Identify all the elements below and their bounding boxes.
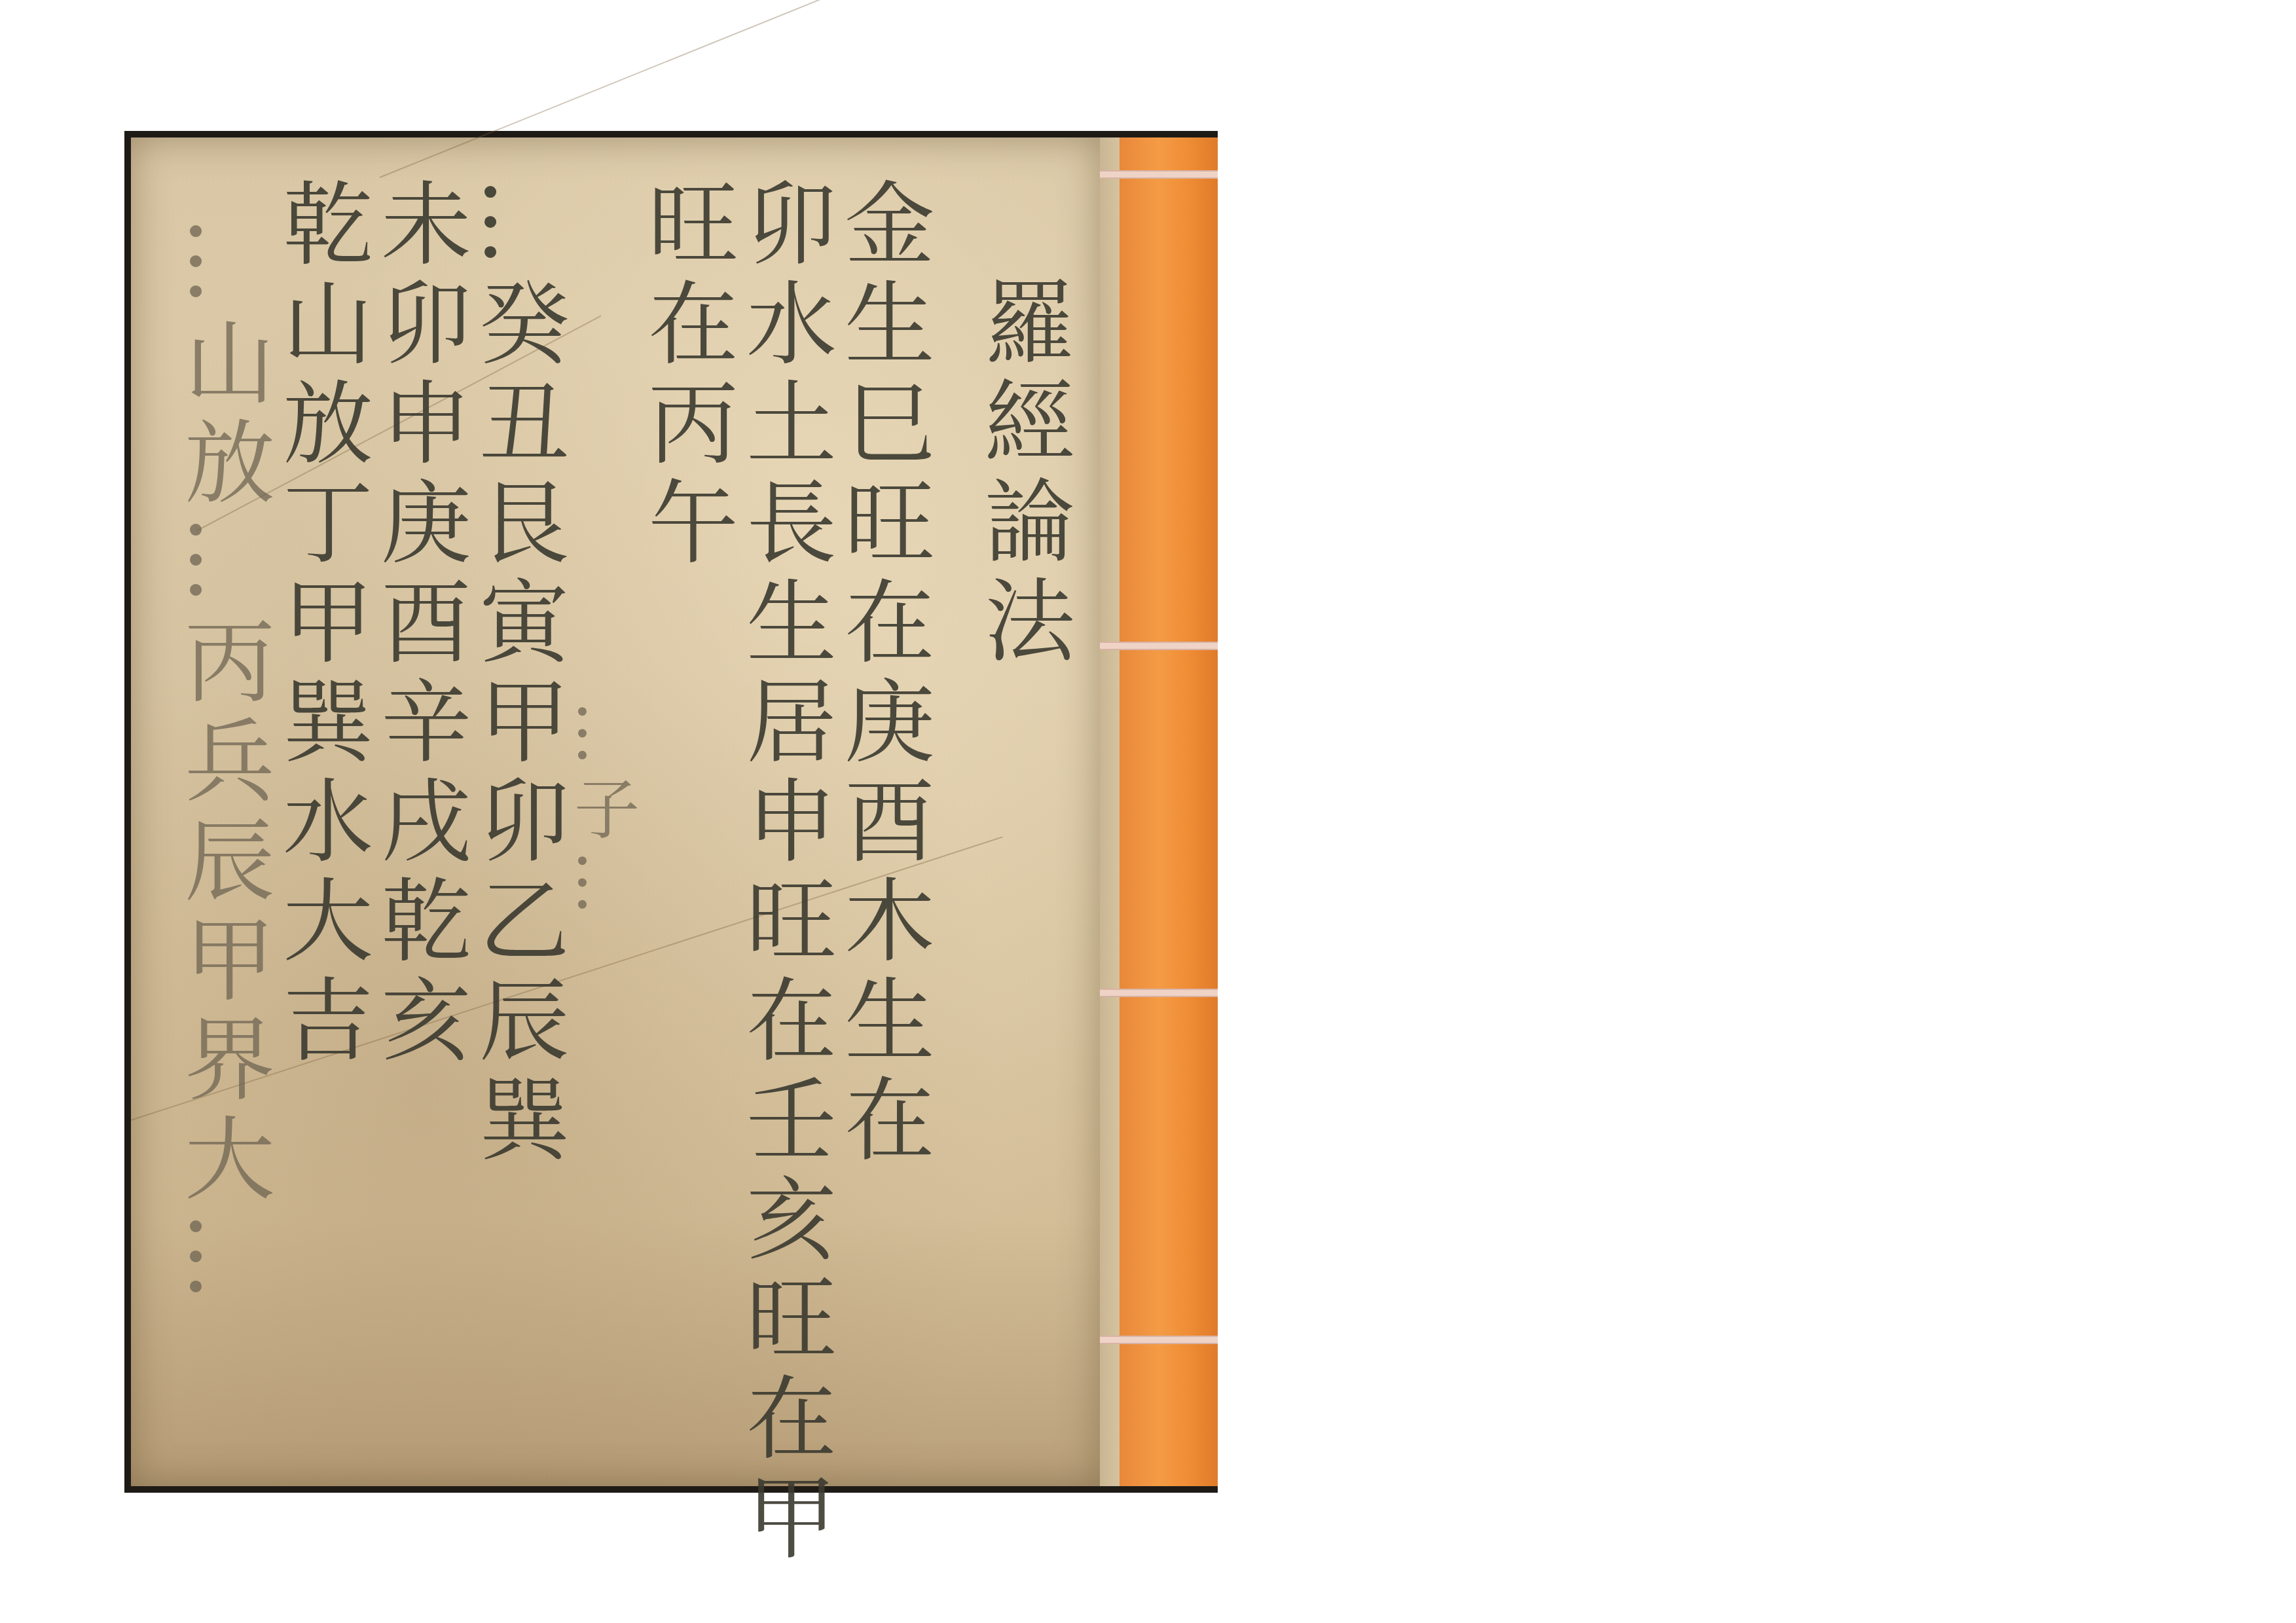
- scanned-book: 羅經論法 金生巳旺在庚酉木生在 卯水土長生居申旺在壬亥旺在甲 旺在丙午 …子… …: [124, 131, 1218, 1493]
- paper-crease: [380, 0, 926, 178]
- manuscript-page: 羅經論法 金生巳旺在庚酉木生在 卯水土長生居申旺在壬亥旺在甲 旺在丙午 …子… …: [131, 137, 1100, 1486]
- binding-thread: [1100, 642, 1218, 650]
- text-column-2: 卯水土長生居申旺在壬亥旺在甲: [735, 177, 833, 1473]
- text-column-4: …癸丑艮寅甲卯乙辰巽: [467, 177, 566, 1473]
- text-column-6: 乾山放丁甲巽水大吉: [271, 177, 369, 1473]
- text-columns: 羅經論法 金生巳旺在庚酉木生在 卯水土長生居申旺在壬亥旺在甲 旺在丙午 …子… …: [157, 177, 1100, 1473]
- binding-thread: [1100, 170, 1218, 179]
- orange-spine-cover: [1120, 137, 1218, 1486]
- text-column-5: 未卯申庚酉辛戌乾亥: [369, 177, 467, 1473]
- page-title: 羅經論法: [970, 275, 1074, 1473]
- binding-thread: [1100, 989, 1218, 997]
- text-column-7: …山放…丙兵辰甲界大…: [173, 216, 271, 1473]
- text-column-3: 旺在丙午: [636, 177, 735, 1473]
- binding-thread: [1100, 1336, 1218, 1344]
- text-column-faint: …子…: [566, 701, 636, 1473]
- text-column-1: 金生巳旺在庚酉木生在: [833, 177, 931, 1473]
